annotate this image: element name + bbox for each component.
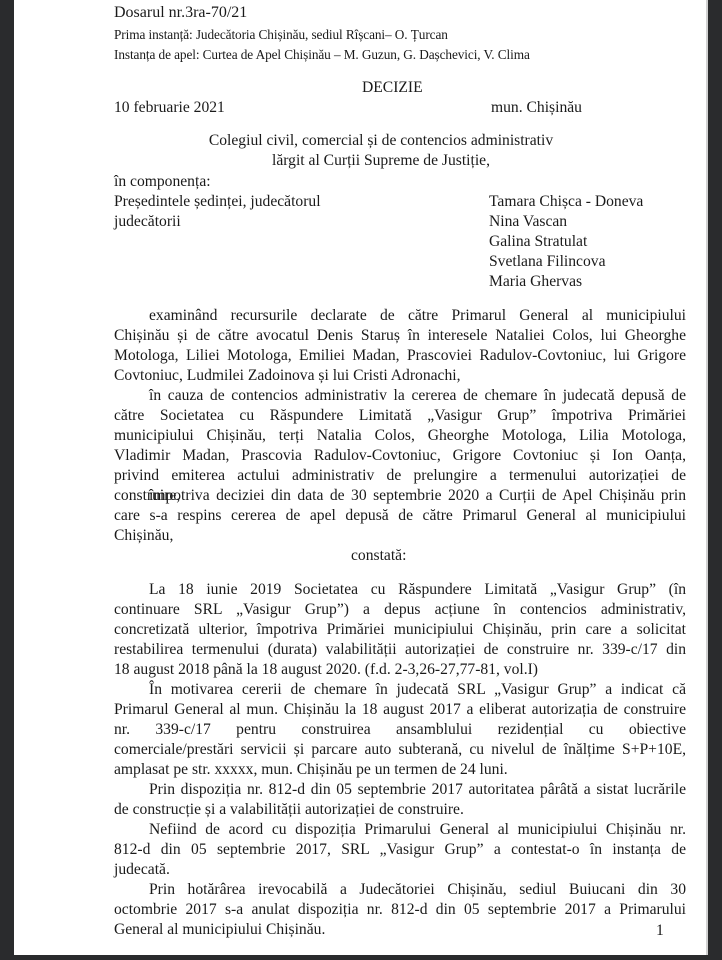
college-line-2: lărgit al Curții Supreme de Justiție,	[14, 152, 708, 170]
paragraph-line: Covtoniuc, Ludmilei Zadoinova și lui Cri…	[114, 367, 461, 385]
paragraph-line: privind emiterea actului administrativ d…	[114, 467, 686, 485]
paragraph-line: General al municipiului Chișinău.	[114, 921, 325, 939]
judge-name: Nina Vascan	[489, 213, 567, 231]
paragraph-line: Vladimir Madan, Prascovia Radulov-Covton…	[114, 447, 686, 465]
first-instance: Prima instanță: Judecătoria Chișinău, se…	[114, 27, 448, 43]
paragraph-line: judecată.	[114, 861, 170, 879]
paragraph-line: municipiului Chișinău, terți Natalia Col…	[114, 427, 686, 445]
finds-heading: constată:	[351, 547, 406, 565]
judge-name: Galina Stratulat	[489, 233, 587, 251]
paragraph-line: amplasat pe str. xxxxx, mun. Chișinău pe…	[114, 761, 508, 779]
appeal-instance: Instanța de apel: Curtea de Apel Chișină…	[114, 47, 530, 63]
paragraph-line: Chișinău și de către avocatul Denis Star…	[114, 327, 686, 345]
paragraph-line: La 18 iunie 2019 Societatea cu Răspunder…	[149, 581, 686, 599]
president-label: Președintele ședinței, judecătorul	[114, 193, 321, 211]
paragraph-line: care s-a respins cererea de apel depusă …	[114, 507, 686, 525]
paragraph-line: în cauza de contencios administrativ la …	[149, 387, 686, 405]
document-page: Dosarul nr.3ra-70/21 Prima instanță: Jud…	[14, 0, 708, 955]
paragraph-line: către Societatea cu Răspundere Limitată …	[114, 407, 686, 425]
paragraph-line: Primarul General al mun. Chișinău la 18 …	[114, 701, 686, 719]
paragraph-line: Nefiind de acord cu dispoziția Primarulu…	[149, 821, 686, 839]
judges-label: judecătorii	[114, 213, 181, 231]
page-number: 1	[656, 922, 664, 940]
paragraph-line: continuare SRL „Vasigur Grup”) a depus a…	[114, 601, 686, 619]
paragraph-line: comerciale/prestări servicii și parcare …	[114, 741, 686, 759]
paragraph-line: de construcție și a valabilității autori…	[114, 801, 464, 819]
paragraph-line: 812-d din 05 septembrie 2017, SRL „Vasig…	[114, 841, 686, 859]
composition-label: în componența:	[114, 173, 211, 191]
paragraph-line: Prin hotărârea irevocabilă a Judecătorie…	[149, 881, 686, 899]
judge-name: Tamara Chișca - Doneva	[489, 193, 643, 211]
paragraph-line: împotriva deciziei din data de 30 septem…	[149, 487, 686, 505]
decision-date: 10 februarie 2021	[114, 99, 225, 117]
paragraph-line: restabilirea termenului (durata) valabil…	[114, 641, 686, 659]
judge-name: Svetlana Filincova	[489, 253, 606, 271]
college-line-1: Colegiul civil, comercial și de contenci…	[14, 132, 708, 150]
paragraph-line: În motivarea cererii de chemare în judec…	[149, 681, 686, 699]
case-number: Dosarul nr.3ra-70/21	[114, 4, 247, 22]
paragraph-line: Motologa, Liliei Motologa, Emiliei Madan…	[114, 347, 686, 365]
paragraph-line: concretizată ulterior, împotriva Primări…	[114, 621, 686, 639]
paragraph-line: nr. 339-c/17 pentru construirea ansamblu…	[114, 721, 686, 739]
paragraph-line: Prin dispoziția nr. 812-d din 05 septemb…	[149, 781, 686, 799]
paragraph-line: 18 august 2018 până la 18 august 2020. (…	[114, 661, 538, 679]
paragraph-line: examinând recursurile declarate de către…	[149, 307, 686, 325]
paragraph-line: Chișinău,	[114, 527, 173, 545]
judge-name: Maria Ghervas	[489, 273, 582, 291]
paragraph-line: octombrie 2017 s-a anulat dispoziția nr.…	[114, 901, 686, 919]
document-title: DECIZIE	[362, 79, 423, 97]
decision-place: mun. Chișinău	[491, 99, 582, 117]
